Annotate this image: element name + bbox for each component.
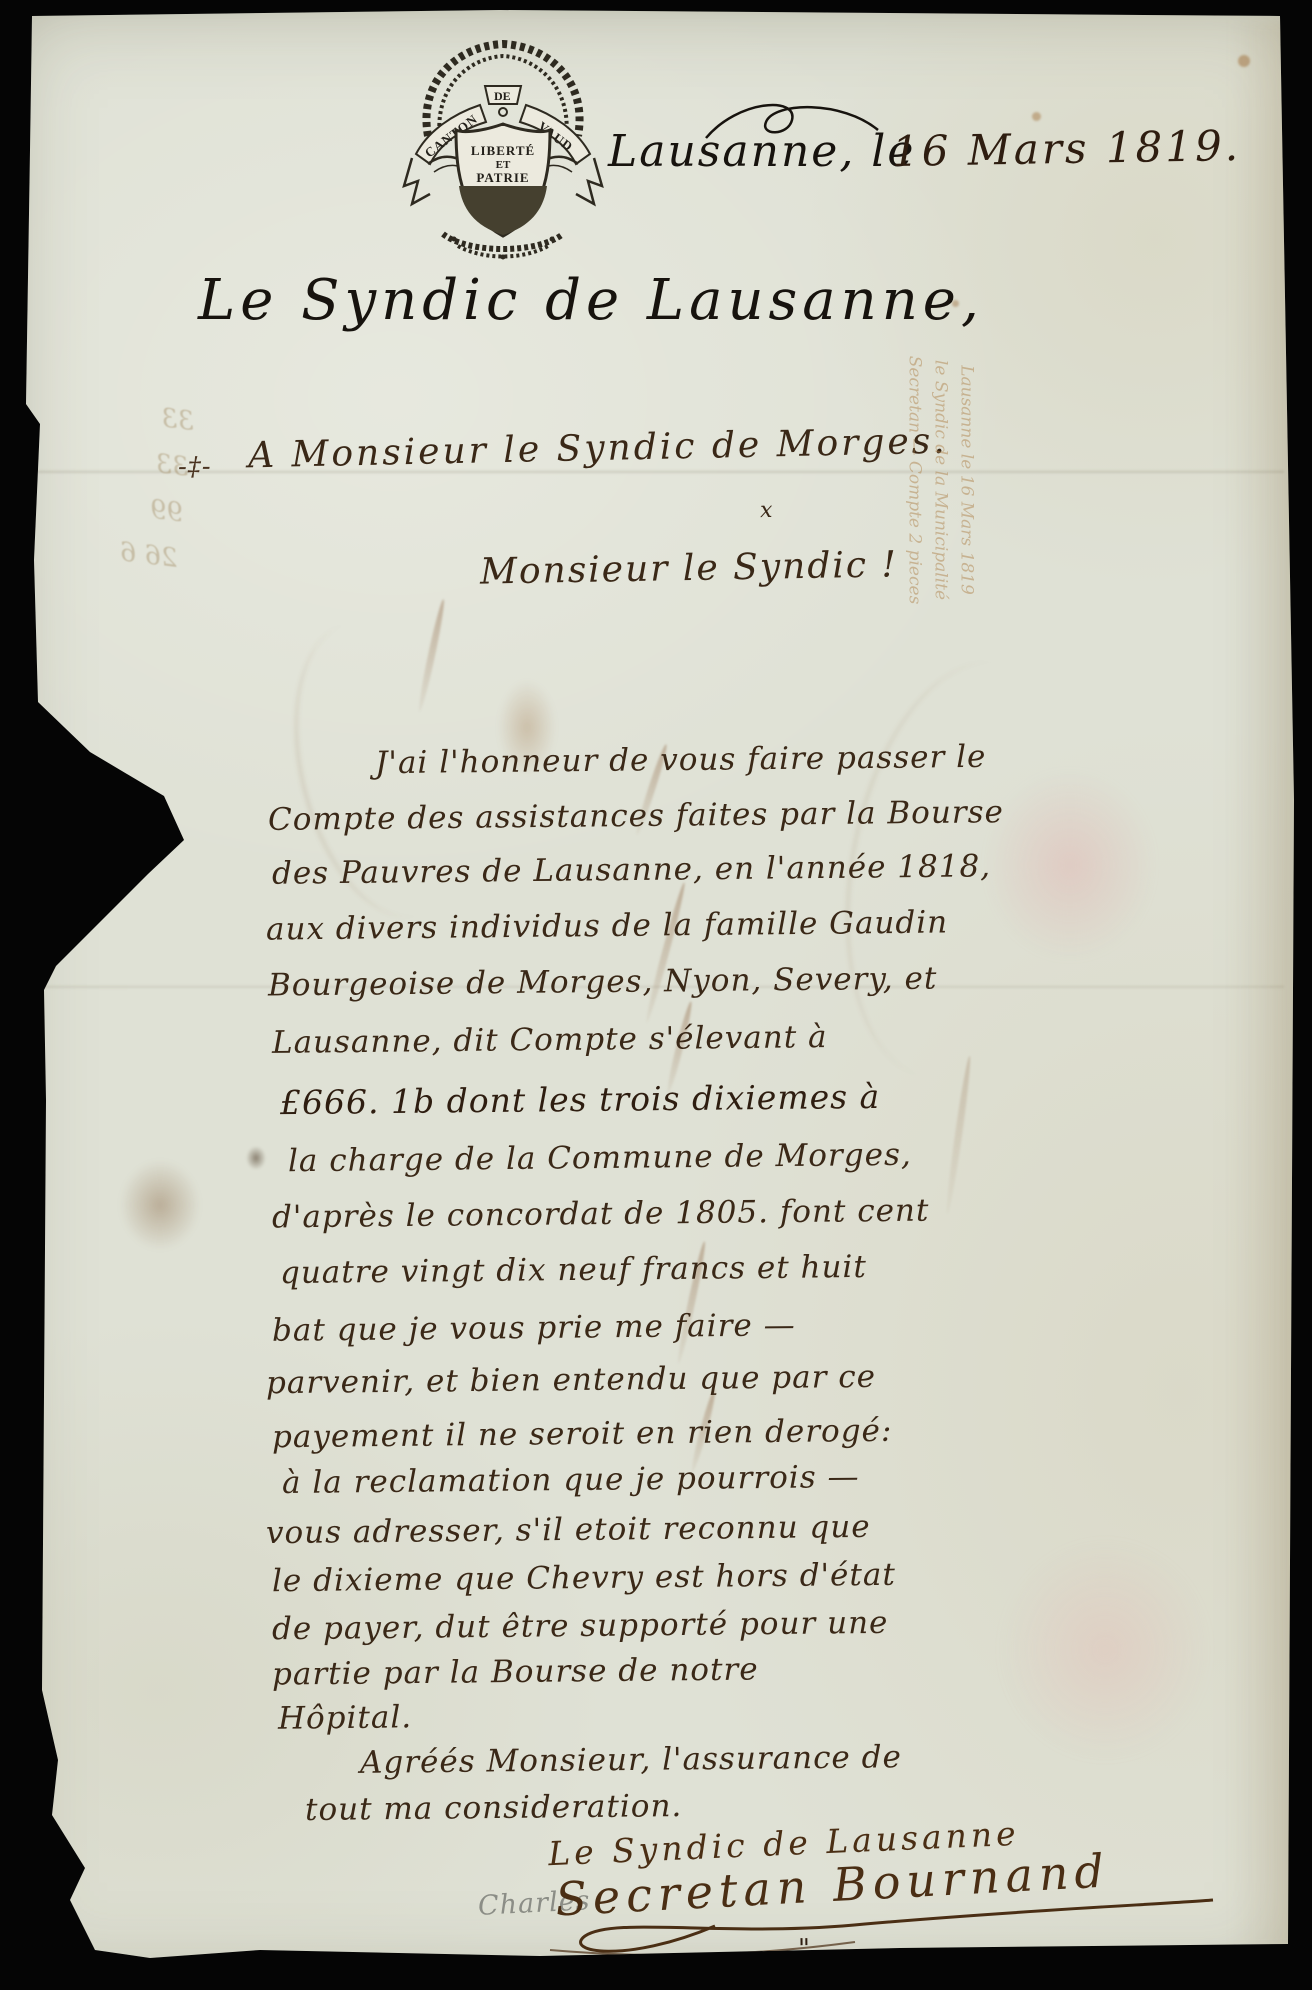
letter-body-line: aux divers individus de la famille Gaudi… bbox=[266, 904, 948, 947]
letter-body-line: payement il ne seroit en rien derogé: bbox=[272, 1413, 893, 1455]
archival-note-line: Secretan — Compte 2 pieces bbox=[901, 356, 927, 605]
letter-body-line: quatre vingt dix neuf francs et huit bbox=[280, 1249, 867, 1291]
bleed-digit-line: 26 6 bbox=[117, 529, 180, 582]
signature-flourish bbox=[545, 1892, 1225, 1962]
fox-spot bbox=[1032, 112, 1041, 121]
bleed-digit-line: 33 bbox=[134, 392, 197, 445]
letter-body-line: partie par la Bourse de notre bbox=[272, 1651, 759, 1692]
closing-line: Agréés Monsieur, l'assurance de bbox=[360, 1739, 902, 1781]
archival-note-line: le Syndic de la Municipalité bbox=[927, 356, 953, 605]
dateline-handwritten-date: 16 Mars 1819. bbox=[892, 121, 1242, 176]
archival-note-line: Lausanne le 16 Mars 1819 bbox=[953, 356, 979, 605]
seal-ghost-stain bbox=[1000, 1540, 1210, 1760]
emblem-motto-liberte: LIBERTÉ bbox=[471, 143, 535, 158]
fox-spot bbox=[246, 1146, 266, 1170]
fold-crease bbox=[34, 470, 1284, 474]
letter-body-line: Hôpital. bbox=[278, 1699, 413, 1736]
canton-vaud-coat-of-arms: CANTON DE VAUD LIBERTÉ ET PATRIE bbox=[398, 36, 608, 261]
letter-body-line: bat que je vous prie me faire — bbox=[272, 1307, 796, 1348]
ink-bleed-stain bbox=[944, 1055, 973, 1214]
letter-body-line: Compte des assistances faites par la Bou… bbox=[268, 794, 1004, 838]
footnote-mark: " bbox=[798, 1934, 811, 1964]
letter-body-line: à la reclamation que je pourrois — bbox=[282, 1459, 860, 1501]
paper-sheet: CANTON DE VAUD LIBERTÉ ET PATRIE Lausann… bbox=[0, 0, 1312, 1990]
ink-blot-stain bbox=[120, 1160, 200, 1250]
closing-line: tout ma consideration. bbox=[305, 1788, 683, 1828]
emblem-banner-de: DE bbox=[494, 89, 511, 103]
edge-toning bbox=[1230, 20, 1300, 1950]
bleed-digit-line: 33 bbox=[128, 438, 191, 491]
emblem-motto-patrie: PATRIE bbox=[476, 170, 529, 185]
letterhead-title: Le Syndic de Lausanne, bbox=[198, 268, 984, 333]
letter-body-line: des Pauvres de Lausanne, en l'année 1818… bbox=[272, 848, 991, 892]
bleed-digit-line: 99 bbox=[123, 483, 186, 536]
letter-body-line: de payer, dut être supporté pour une bbox=[272, 1605, 889, 1647]
letter-body-line: la charge de la Commune de Morges, bbox=[288, 1137, 912, 1180]
ink-bleed-stain bbox=[643, 882, 687, 1024]
recipient-mark: x bbox=[760, 498, 774, 523]
letter-body-line: parvenir, et bien entendu que par ce bbox=[266, 1359, 876, 1401]
letter-body-line: le dixieme que Chevry est hors d'état bbox=[272, 1557, 896, 1600]
archival-side-note: Lausanne le 16 Mars 1819 le Syndic de la… bbox=[790, 330, 1090, 630]
dateline-printed-text: Lausanne, le bbox=[608, 126, 915, 177]
scanned-letter: CANTON DE VAUD LIBERTÉ ET PATRIE Lausann… bbox=[0, 0, 1312, 1990]
bleed-through-digits: 33 33 99 26 6 bbox=[117, 392, 197, 582]
letter-body-line: Lausanne, dit Compte s'élevant à bbox=[272, 1019, 828, 1061]
letter-body-line: d'après le concordat de 1805. font cent bbox=[272, 1193, 930, 1236]
letter-body-line: £666. 1b dont les trois dixiemes à bbox=[280, 1077, 881, 1122]
letter-body-line: J'ai l'honneur de vous faire passer le bbox=[375, 739, 987, 781]
letter-body-line: Bourgeoise de Morges, Nyon, Severy, et bbox=[268, 960, 938, 1003]
letter-body-line: vous adresser, s'il etoit reconnu que bbox=[266, 1509, 871, 1551]
